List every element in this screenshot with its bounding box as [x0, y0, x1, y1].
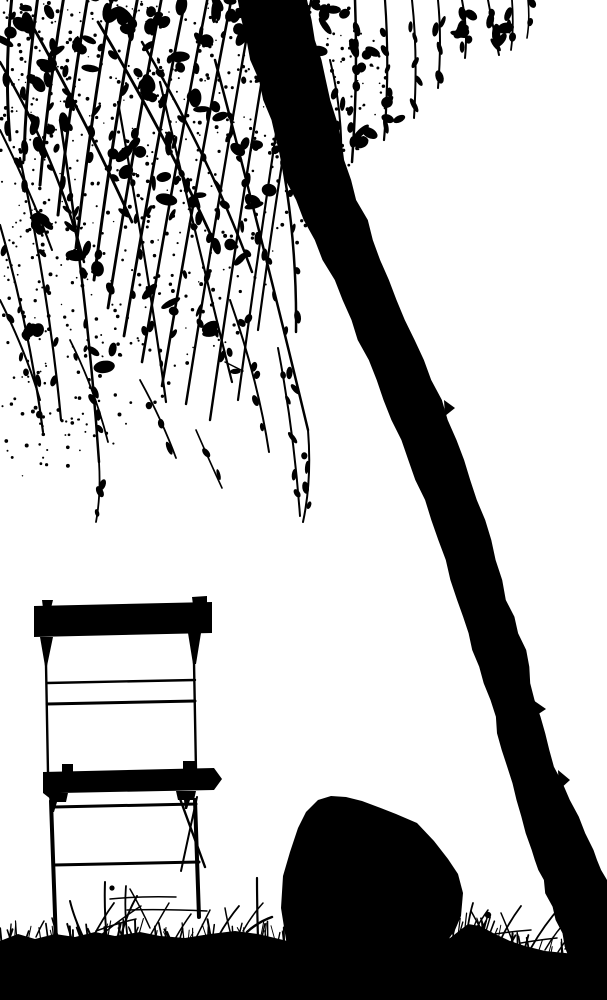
chair-nub-right: [192, 596, 207, 605]
silhouette-scene: [0, 0, 607, 1000]
chair-tab-left: [62, 764, 73, 775]
grass-seed-head: [109, 885, 114, 890]
silhouette-svg: [0, 0, 607, 1000]
chair-top-bar: [34, 602, 212, 637]
chair-tab-right: [183, 761, 195, 772]
